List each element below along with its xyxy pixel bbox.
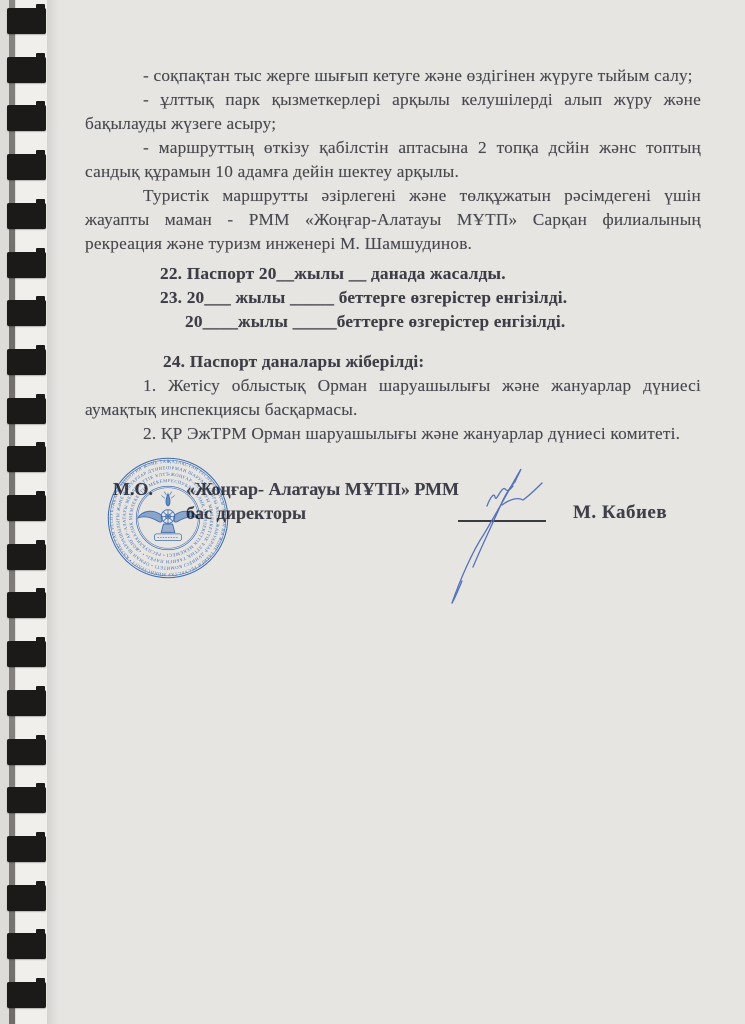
binding-tooth	[7, 544, 46, 570]
binding-tooth	[7, 592, 46, 618]
binding-tooth	[7, 349, 46, 375]
paragraph: - соқпақтан тыс жерге шығып кетуге және …	[85, 64, 701, 88]
binding-tooth	[7, 105, 46, 131]
binding-tooth	[7, 57, 46, 83]
binding-tooth	[7, 203, 46, 229]
paragraph: - ұлттық парк қызметкерлері арқылы келуш…	[85, 88, 701, 136]
item-23-line1: 23. 20___ жылы _____ беттерге өзгерістер…	[160, 286, 705, 310]
binding-tooth	[7, 982, 46, 1008]
binding-tooth	[7, 495, 46, 521]
item-22: 22. Паспорт 20__жылы __ данада жасалды.	[160, 262, 705, 286]
paragraph: Туристік маршрутты әзірлегені және төлқұ…	[85, 184, 701, 256]
binding-tooth	[7, 641, 46, 667]
binding-tooth	[7, 300, 46, 326]
official-stamp: ҚАЗАҚСТАН РЕСПУБЛИКАСЫ ЭКОЛОГИЯ ЖӘНЕ ТАБ…	[106, 456, 230, 580]
signer-name: М. Кабиев	[573, 502, 667, 524]
handwritten-signature	[440, 455, 555, 615]
section-24-item: 2. ҚР ЭжТРМ Орман шаруашылығы және жануа…	[85, 422, 701, 446]
binding-tooth	[7, 690, 46, 716]
comb-binding	[0, 0, 60, 1024]
scanned-document-page: - соқпақтан тыс жерге шығып кетуге және …	[0, 0, 745, 1024]
binding-tooth	[7, 885, 46, 911]
paragraph: - маршруттың өткізу қабілстін аптасына 2…	[85, 136, 701, 184]
section-24-heading: 24. Паспорт даналары жіберілді:	[85, 350, 701, 374]
binding-tooth	[7, 933, 46, 959]
item-23-line2: 20____жылы _____беттерге өзгерістер енгі…	[160, 310, 705, 334]
binding-tooth	[7, 836, 46, 862]
section-24-item: 1. Жетісу облыстық Орман шаруашылығы жән…	[85, 374, 701, 422]
binding-tooth	[7, 446, 46, 472]
binding-tooth	[7, 8, 46, 34]
section-24: 24. Паспорт даналары жіберілді: 1. Жетіс…	[85, 350, 701, 446]
binding-tooth	[7, 154, 46, 180]
binding-tooth	[7, 252, 46, 278]
stamp-emblem	[138, 492, 198, 541]
binding-tooth	[7, 398, 46, 424]
binding-tooth	[7, 787, 46, 813]
binding-tooth	[7, 739, 46, 765]
numbered-items-22-23: 22. Паспорт 20__жылы __ данада жасалды. …	[160, 262, 705, 334]
body-paragraphs: - соқпақтан тыс жерге шығып кетуге және …	[85, 64, 701, 256]
